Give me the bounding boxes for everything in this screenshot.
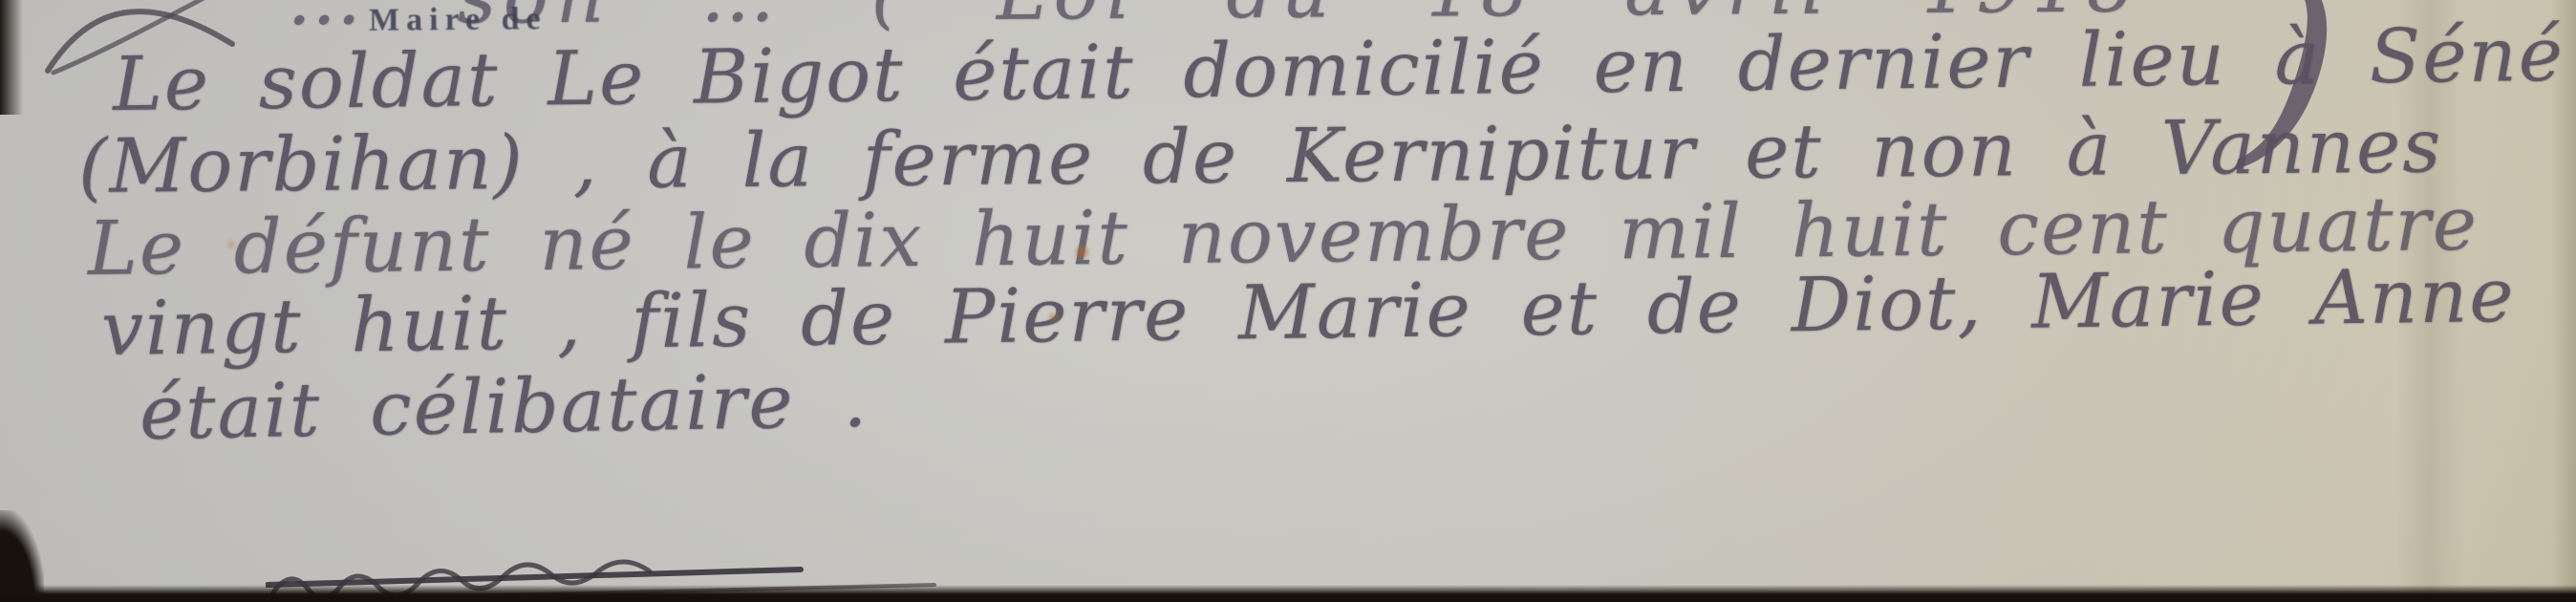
rust-stain bbox=[1076, 247, 1088, 258]
page-fold-shadow bbox=[2396, 0, 2463, 602]
handwriting-line: était célibataire . bbox=[139, 358, 869, 457]
page-edge-dark-bottom bbox=[0, 585, 2576, 602]
page-edge-shadow-right bbox=[2551, 0, 2576, 602]
rust-stain bbox=[1049, 313, 1058, 321]
maire-stamp-text: Maire de bbox=[369, 1, 547, 39]
rust-stain bbox=[227, 241, 235, 248]
register-page-scan: … son … ( Loi du 18 avril 1918 ) Maire d… bbox=[0, 0, 2576, 602]
page-edge-dark-left bbox=[0, 0, 23, 115]
